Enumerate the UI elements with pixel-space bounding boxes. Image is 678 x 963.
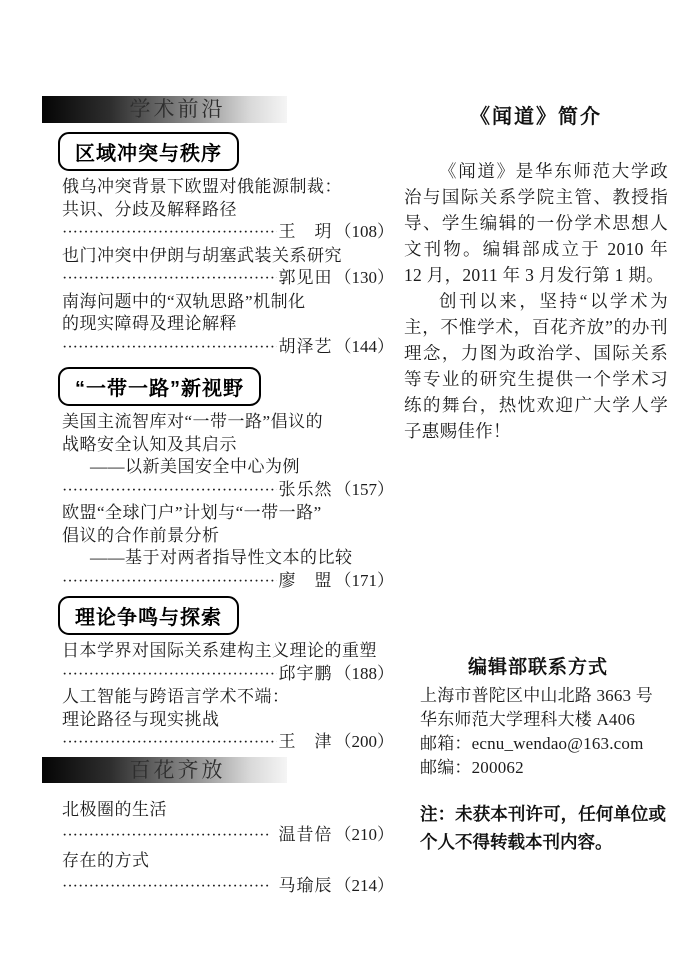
- entry-title-line: 的现实障碍及理论解释: [62, 313, 394, 336]
- entry-title-line: 俄乌冲突背景下欧盟对俄能源制裁：: [62, 176, 394, 199]
- entry-leader-line: ········································…: [62, 336, 394, 360]
- entry-title-line: 日本学界对国际关系建构主义理论的重塑: [62, 640, 394, 663]
- toc-entry: 人工智能与跨语言学术不端： 理论路径与现实挑战 ················…: [42, 686, 394, 755]
- toc-entry: 南海问题中的“双轨思路”机制化 的现实障碍及理论解释 ·············…: [42, 291, 394, 360]
- entry-leader-line: ········································…: [62, 663, 394, 687]
- entry-title-line: 北极圈的生活: [62, 797, 394, 822]
- section-banner-hundred-flowers: 百花齐放: [42, 757, 287, 783]
- leader-dots: ········································…: [62, 823, 271, 848]
- entry-author: 胡泽艺: [279, 336, 333, 359]
- entry-title-line: 战略安全认知及其启示: [62, 434, 394, 457]
- section-box-belt-and-road: “一带一路”新视野: [58, 367, 261, 406]
- entry-page-number: （210）: [335, 822, 395, 847]
- entry-title-line: 理论路径与现实挑战: [62, 709, 394, 732]
- toc-entry: 俄乌冲突背景下欧盟对俄能源制裁： 共识、分歧及解释路径 ············…: [42, 176, 394, 245]
- journal-intro-block: 《闻道》简介 《闻道》是华东师范大学政治与国际关系学院主管、教授指导、学生编辑的…: [404, 100, 668, 444]
- leader-dots: ········································…: [62, 268, 277, 291]
- leader-dots: ········································…: [62, 480, 277, 503]
- toc-entry: 美国主流智库对“一带一路”倡议的 战略安全认知及其启示 ——以新美国安全中心为例…: [42, 411, 394, 502]
- leader-dots: ········································…: [62, 732, 277, 755]
- leader-dots: ········································…: [62, 571, 277, 594]
- section-entries: 俄乌冲突背景下欧盟对俄能源制裁： 共识、分歧及解释路径 ············…: [42, 176, 394, 359]
- contact-title: 编辑部联系方式: [404, 652, 672, 679]
- contact-address-line-1: 上海市普陀区中山北路 3663 号: [404, 684, 672, 708]
- entry-leader-line: ········································…: [62, 267, 394, 291]
- entry-leader-line: ········································…: [62, 873, 394, 899]
- contact-address-line-2: 华东师范大学理科大楼 A406: [404, 708, 672, 732]
- entry-author: 马瑜辰: [279, 873, 333, 898]
- section-box-theory-debate: 理论争鸣与探索: [58, 596, 239, 635]
- journal-intro-paragraph-1: 《闻道》是华东师范大学政治与国际关系学院主管、教授指导、学生编辑的一份学术思想人…: [404, 158, 668, 288]
- entry-leader-line: ········································…: [62, 570, 394, 594]
- entry-title-line: 南海问题中的“双轨思路”机制化: [62, 291, 394, 314]
- leader-dots: ········································…: [62, 874, 271, 899]
- entry-title-line: 美国主流智库对“一带一路”倡议的: [62, 411, 394, 434]
- entry-subtitle-line: ——以新美国安全中心为例: [62, 456, 394, 479]
- leader-dots: ········································…: [62, 222, 277, 245]
- section-entries: 北极圈的生活 ·································…: [42, 797, 394, 900]
- entry-page-number: （171）: [335, 570, 395, 593]
- section-entries: 美国主流智库对“一带一路”倡议的 战略安全认知及其启示 ——以新美国安全中心为例…: [42, 411, 394, 593]
- toc-entry: 也门冲突中伊朗与胡塞武装关系研究 ·······················…: [42, 245, 394, 291]
- journal-contents-page: 学术前沿 区域冲突与秩序 俄乌冲突背景下欧盟对俄能源制裁： 共识、分歧及解释路径…: [0, 0, 678, 963]
- entry-title-line: 也门冲突中伊朗与胡塞武装关系研究: [62, 245, 394, 268]
- entry-author: 郭见田: [279, 267, 333, 290]
- journal-intro-title: 《闻道》简介: [404, 100, 668, 129]
- entry-page-number: （130）: [335, 267, 395, 290]
- contact-zip-code: 邮编：200062: [404, 756, 672, 780]
- entry-leader-line: ········································…: [62, 731, 394, 755]
- entry-page-number: （200）: [335, 731, 395, 754]
- toc-entry: 日本学界对国际关系建构主义理论的重塑 ·····················…: [42, 640, 394, 686]
- toc-entry: 欧盟“全球门户”计划与“一带一路” 倡议的合作前景分析 ——基于对两者指导性文本…: [42, 502, 394, 593]
- toc-entry: 北极圈的生活 ·································…: [42, 797, 394, 849]
- entry-title-line: 共识、分歧及解释路径: [62, 199, 394, 222]
- entry-author: 王 津: [279, 731, 333, 754]
- entry-page-number: （188）: [335, 663, 395, 686]
- editorial-contact-block: 编辑部联系方式 上海市普陀区中山北路 3663 号 华东师范大学理科大楼 A40…: [404, 652, 672, 780]
- journal-intro-paragraph-2: 创刊以来，坚持“以学术为主，不惟学术，百花齐放”的办刊理念，力图为政治学、国际关…: [404, 288, 668, 444]
- entry-leader-line: ········································…: [62, 822, 394, 848]
- entry-title-line: 人工智能与跨语言学术不端：: [62, 686, 394, 709]
- reprint-notice: 注：未获本刊许可，任何单位或个人不得转载本刊内容。: [404, 800, 666, 856]
- section-box-regional-conflict: 区域冲突与秩序: [58, 132, 239, 171]
- entry-page-number: （214）: [335, 873, 395, 898]
- entry-page-number: （144）: [335, 336, 395, 359]
- entry-title-line: 存在的方式: [62, 848, 394, 873]
- entry-author: 廖 盟: [279, 570, 333, 593]
- entry-author: 王 玥: [279, 221, 333, 244]
- entry-leader-line: ········································…: [62, 479, 394, 503]
- entry-author: 温昔倍: [279, 822, 333, 847]
- leader-dots: ········································…: [62, 337, 277, 360]
- toc-entry: 存在的方式 ··································…: [42, 848, 394, 900]
- entry-subtitle-line: ——基于对两者指导性文本的比较: [62, 547, 394, 570]
- entry-page-number: （108）: [335, 221, 395, 244]
- contact-email: 邮箱：ecnu_wendao@163.com: [404, 732, 672, 756]
- entry-leader-line: ········································…: [62, 221, 394, 245]
- toc-column: 学术前沿 区域冲突与秩序 俄乌冲突背景下欧盟对俄能源制裁： 共识、分歧及解释路径…: [42, 96, 394, 900]
- entry-author: 邱宇鹏: [279, 663, 333, 686]
- section-entries: 日本学界对国际关系建构主义理论的重塑 ·····················…: [42, 640, 394, 755]
- entry-title-line: 倡议的合作前景分析: [62, 525, 394, 548]
- leader-dots: ········································…: [62, 664, 277, 687]
- entry-title-line: 欧盟“全球门户”计划与“一带一路”: [62, 502, 394, 525]
- entry-author: 张乐然: [279, 479, 333, 502]
- entry-page-number: （157）: [335, 479, 395, 502]
- section-banner-academic-frontier: 学术前沿: [42, 96, 287, 123]
